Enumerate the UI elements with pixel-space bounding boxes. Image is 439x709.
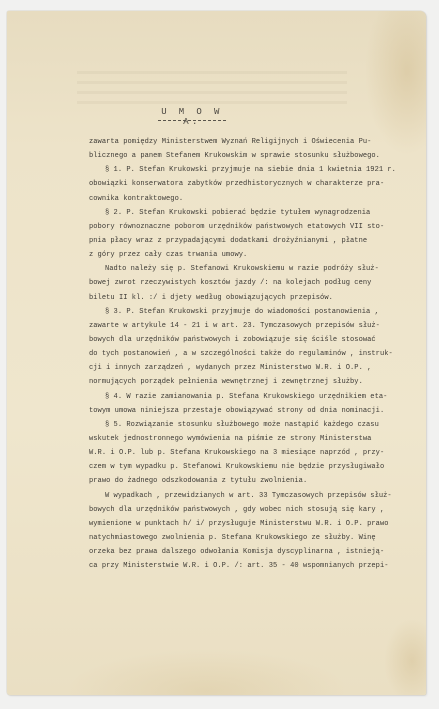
text-line: W.R. i O.P. lub p. Stefana Krukowskiego …	[89, 446, 425, 460]
document-body: zawarta pomiędzy Ministerstwem Wyznań Re…	[89, 135, 425, 573]
text-line: ca przy Ministerstwie W.R. i O.P. /: art…	[89, 559, 425, 573]
text-line: zawarta pomiędzy Ministerstwem Wyznań Re…	[89, 135, 425, 149]
text-line: do tych postanowień , a w szczególności …	[89, 347, 425, 361]
text-line: cownika kontraktowego.	[89, 192, 425, 206]
text-line: W wypadkach , przewidzianych w art. 33 T…	[89, 489, 425, 503]
text-line: bowych dla urzędników państwowych , gdy …	[89, 503, 425, 517]
text-line: cji i innych zarządzeń , wydanych przez …	[89, 361, 425, 375]
text-line: orzeka bez prawa dalszego odwołania Komi…	[89, 545, 425, 559]
text-line: Nadto należy się p. Stefanowi Krukowskie…	[89, 262, 425, 276]
text-line: wskutek jednostronnego wymówienia na piś…	[89, 432, 425, 446]
text-line: czem w tym wypadku p. Stefanowi Krukowsk…	[89, 460, 425, 474]
text-line: prawo do żadnego odszkodowania z tytułu …	[89, 474, 425, 488]
text-line: § 1. P. Stefan Krukowski przyjmuje na si…	[89, 163, 425, 177]
document-title: U M O W A.	[157, 107, 227, 127]
text-line: § 2. P. Stefan Krukowski pobierać będzie…	[89, 206, 425, 220]
text-line: bowych dla urzędników państwowych i zobo…	[89, 333, 425, 347]
document-page: U M O W A. zawarta pomiędzy Ministerstwe…	[7, 11, 426, 695]
text-line: § 4. W razie zamianowania p. Stefana Kru…	[89, 390, 425, 404]
text-line: normujących porządek pełnienia wewnętrzn…	[89, 375, 425, 389]
text-line: z góry przez cały czas trwania umowy.	[89, 248, 425, 262]
text-line: § 3. P. Stefan Krukowski przyjmuje do wi…	[89, 305, 425, 319]
text-line: blicznego a panem Stefanem Krukowskim w …	[89, 149, 425, 163]
text-line: natychmiastowego zwolnienia p. Stefana K…	[89, 531, 425, 545]
text-line: pnia płacy wraz z przypadającymi dodatka…	[89, 234, 425, 248]
text-line: pobory równoznaczne poborom urzędników p…	[89, 220, 425, 234]
text-line: bowej zwrot rzeczywistych kosztów jazdy …	[89, 276, 425, 290]
text-line: § 5. Rozwiązanie stosunku służbowego moż…	[89, 418, 425, 432]
text-line: obowiązki konserwatora zabytków przedhis…	[89, 177, 425, 191]
text-line: biletu II kl. :/ i djety według obowiązu…	[89, 291, 425, 305]
title-underline	[158, 120, 226, 121]
text-line: zawarte w artykule 14 - 21 i w art. 23. …	[89, 319, 425, 333]
text-line: towym umowa niniejsza przestaje obowiązy…	[89, 404, 425, 418]
text-line: wymienione w punktach h/ i/ przysługuje …	[89, 517, 425, 531]
